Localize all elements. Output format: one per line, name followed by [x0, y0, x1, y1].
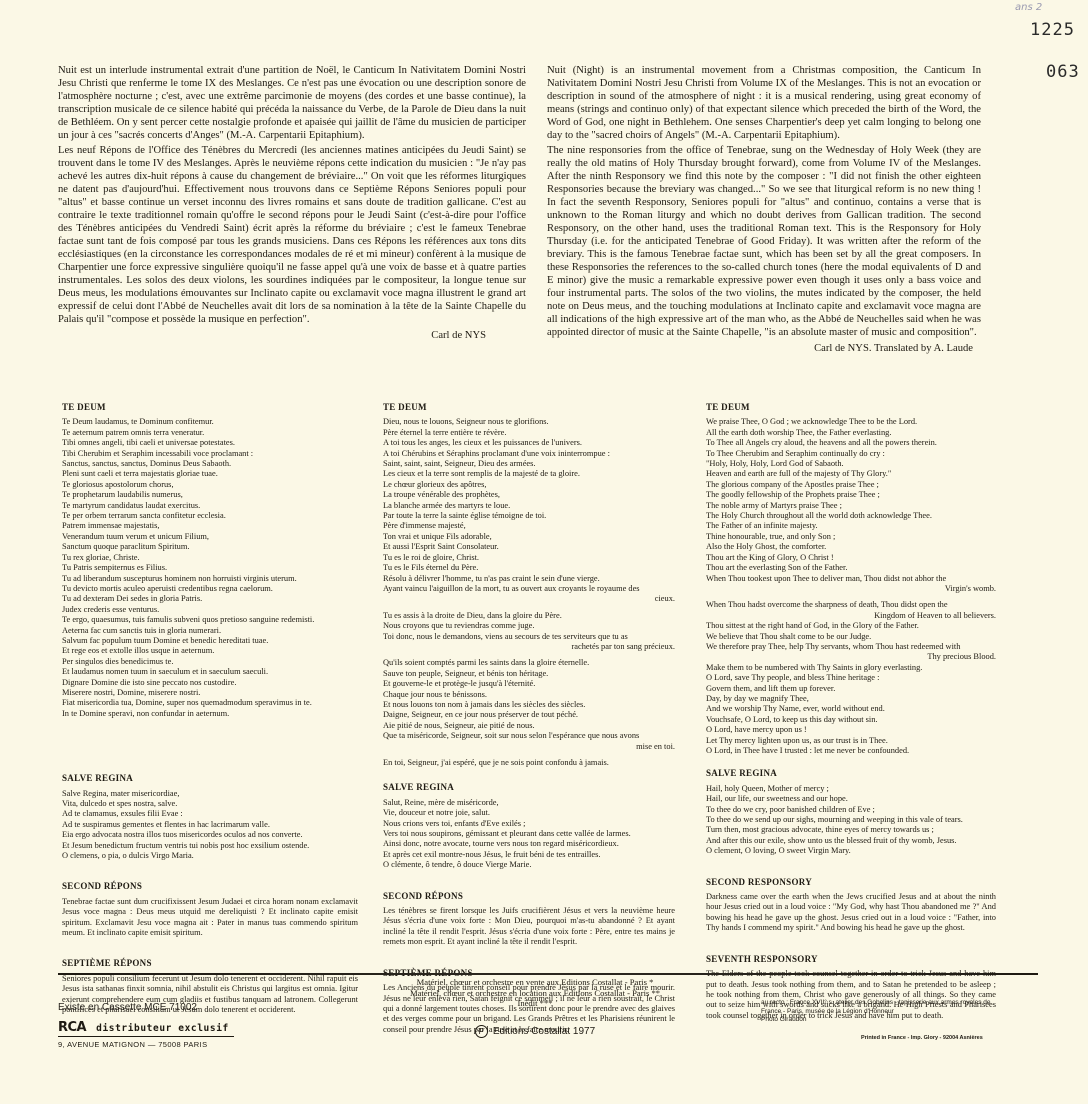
section-title: SEVENTH RESPONSORY [706, 954, 996, 964]
verse-line: Make them to be numbered with Thy Saints… [706, 663, 996, 673]
notes-signature: Carl de NYS [58, 329, 526, 342]
verse-line: Turn then, most gracious advocate, thine… [706, 825, 996, 835]
verse-line: Vouchsafe, O Lord, to keep us this day w… [706, 715, 996, 725]
verse-line: Hail, holy Queen, Mother of mercy ; [706, 784, 996, 794]
verse-line: In te Domine speravi, non confundar in a… [62, 709, 358, 719]
distributor-label: distributeur exclusif [96, 1023, 229, 1034]
verse-line: We therefore pray Thee, help Thy servant… [706, 642, 996, 652]
distributor-block: Existe en Cassette MCE 71002 RCA distrib… [58, 1002, 234, 1049]
notes-paragraph: Nuit est un interlude instrumental extra… [58, 64, 526, 142]
verse-line: To thee do we send up our sighs, mournin… [706, 815, 996, 825]
section-salve-regina: SALVE REGINA Salve Regina, mater miseric… [62, 773, 358, 861]
section-title: SECOND RÉPONS [62, 881, 358, 891]
verse-line: Fiat misericordia tua, Domine, super nos… [62, 698, 358, 708]
verse-line: Miserere nostri, Domine, miserere nostri… [62, 688, 358, 698]
verse-line: And after this our exile, show unto us t… [706, 836, 996, 846]
cassette-info: Existe en Cassette MCE 71002 [58, 1002, 234, 1013]
publisher-line: Matériel, chœur et orchestre en vente au… [350, 977, 720, 988]
verse-line: La blanche armée des martyrs te loue. [383, 501, 675, 511]
phonogram-copyright-icon: P [475, 1025, 488, 1038]
verse-line: Patrem immensae majestatis, [62, 521, 358, 531]
verse-line: Also the Holy Ghost, the comforter. [706, 542, 996, 552]
verse-line: Toi donc, nous le demandons, viens au se… [383, 632, 675, 642]
section-title: SECOND RESPONSORY [706, 877, 996, 887]
verse-line: Heaven and earth are full of the majesty… [706, 469, 996, 479]
verse-line: Pleni sunt caeli et terra majestatis glo… [62, 469, 358, 479]
verse-line: Le chœur glorieux des apôtres, [383, 480, 675, 490]
section-te-deum: TE DEUM We praise Thee, O God ; we ackno… [706, 402, 996, 756]
publisher-line: Matériel, chœur et orchestre en location… [350, 988, 720, 999]
verse-line: A toi tous les anges, les cieux et les p… [383, 438, 675, 448]
verse-line: Te per orbem terrarum sancta confitetur … [62, 511, 358, 521]
footer-divider [58, 973, 1038, 975]
section-title: SECOND RÉPONS [383, 891, 675, 901]
verse-line: The goodly fellowship of the Prophets pr… [706, 490, 996, 500]
section-second-repons: SECOND RÉPONS Les ténèbres se firent lor… [383, 891, 675, 948]
record-sleeve-back: ans 2 1225 063 Nuit est un interlude ins… [0, 0, 1088, 1104]
handwritten-catalog-sub: 063 [1046, 62, 1080, 82]
verse-line: Par toute la terre la sainte église témo… [383, 511, 675, 521]
liner-notes-english: Nuit (Night) is an instrumental movement… [547, 64, 981, 355]
verse-line: Judex crederis esse venturus. [62, 605, 358, 615]
verse-line: Te aeternum patrem omnis terra veneratur… [62, 428, 358, 438]
verse-line: Sauve ton peuple, Seigneur, et bénis ton… [383, 669, 675, 679]
verse-line: Nous croyons que tu reviendras comme jug… [383, 621, 675, 631]
verse-line: Te martyrum candidatus laudat exercitus. [62, 501, 358, 511]
section-title: SALVE REGINA [62, 773, 358, 783]
verse-line: Day, by day we magnify Thee, [706, 694, 996, 704]
section-te-deum: TE DEUM Dieu, nous te louons, Seigneur n… [383, 402, 675, 768]
phonogram-credit: Editions Costallat 1977 [493, 1026, 595, 1037]
notes-paragraph: Nuit (Night) is an instrumental movement… [547, 64, 981, 142]
printer-credit: Printed in France - Imp. Glory - 92004 A… [861, 1034, 1001, 1043]
section-title: TE DEUM [383, 402, 675, 412]
verse-line: Govern them, and lift them up forever. [706, 684, 996, 694]
verse-line: Dignare Domine die isto sine peccato nos… [62, 678, 358, 688]
verse-line: To Thee Cherubim and Seraphim continuall… [706, 449, 996, 459]
verse-line: Vita, dulcedo et spes nostra, salve. [62, 799, 358, 809]
rca-logo-icon: RCA [58, 1020, 86, 1035]
verse-line: And we worship Thy Name, ever, world wit… [706, 704, 996, 714]
verse-line: Résolu à délivrer l'homme, tu n'as pas c… [383, 574, 675, 584]
verse-line: Aeterna fac cum sanctis tuis in gloria n… [62, 626, 358, 636]
liner-notes-french: Nuit est un interlude instrumental extra… [58, 64, 526, 342]
verse-line: Et aussi l'Esprit Saint Consolateur. [383, 542, 675, 552]
verse-line: Thy precious Blood. [706, 652, 996, 662]
verse-line: Ton vrai et unique Fils adorable, [383, 532, 675, 542]
verse-line: "Holy, Holy, Holy, Lord God of Sabaoth. [706, 459, 996, 469]
verse-line: En toi, Seigneur, j'ai espéré, que je ne… [383, 758, 675, 768]
verse-line: O Lord, in Thee have I trusted : let me … [706, 746, 996, 756]
verse-line: Et après cet exil montre-nous Jésus, le … [383, 850, 675, 860]
cover-credit: au recto : France XVII° s. atelier des G… [761, 999, 1001, 1016]
credits-block: au recto : France XVII° s. atelier des G… [761, 999, 1001, 1042]
verse-line: Thine honourable, true, and only Son ; [706, 532, 996, 542]
section-salve-regina: SALVE REGINA Salut, Reine, mère de misér… [383, 782, 675, 870]
verse-lines: We praise Thee, O God ; we acknowledge T… [706, 417, 996, 756]
verse-line: Père d'immense majesté, [383, 521, 675, 531]
verse-line: Et rege eos et extolle illos usque in ae… [62, 646, 358, 656]
verse-line: Ayant vaincu l'aiguillon de la mort, tu … [383, 584, 675, 594]
verse-lines: Te Deum laudamus, te Dominum confitemur.… [62, 417, 358, 719]
verse-line: Let Thy mercy lighten upon us, as our tr… [706, 736, 996, 746]
verse-line: Tu es assis à la droite de Dieu, dans la… [383, 611, 675, 621]
verse-line: Vers toi nous soupirons, gémissant et pl… [383, 829, 675, 839]
section-salve-regina: SALVE REGINA Hail, holy Queen, Mother of… [706, 768, 996, 856]
section-te-deum: TE DEUM Te Deum laudamus, te Dominum con… [62, 402, 358, 719]
verse-line: Ad te suspiramus gementes et flentes in … [62, 820, 358, 830]
verse-line: O clémente, ô tendre, ô douce Vierge Mar… [383, 860, 675, 870]
verse-line: We praise Thee, O God ; we acknowledge T… [706, 417, 996, 427]
section-title: SEPTIÈME RÉPONS [62, 958, 358, 968]
verse-lines: Hail, holy Queen, Mother of mercy ;Hail,… [706, 784, 996, 857]
verse-line: Et Jesum benedictum fructum ventris tui … [62, 841, 358, 851]
verse-line: Thou art the King of Glory, O Christ ! [706, 553, 996, 563]
notes-paragraph: Les neuf Répons de l'Office des Ténèbres… [58, 144, 526, 326]
verse-line: mise en toi. [383, 742, 675, 752]
distributor-address: 9, AVENUE MATIGNON — 75008 PARIS [58, 1040, 234, 1049]
verse-line: O Lord, have mercy upon us ! [706, 725, 996, 735]
verse-line: Tu rex gloriae, Christe. [62, 553, 358, 563]
section-title: TE DEUM [62, 402, 358, 412]
verse-line: Tibi omnes angeli, tibi caeli et univers… [62, 438, 358, 448]
texts-english-column: TE DEUM We praise Thee, O God ; we ackno… [706, 402, 996, 1041]
verse-line: Daigne, Seigneur, en ce jour nous préser… [383, 710, 675, 720]
section-text: Tenebrae factae sunt dum crucifixissent … [62, 897, 358, 939]
verse-line: Tu ad liberandum suscepturus hominem non… [62, 574, 358, 584]
verse-line: Te prophetarum laudabilis numerus, [62, 490, 358, 500]
verse-lines: Salve Regina, mater misericordiae,Vita, … [62, 789, 358, 862]
verse-line: When Thou hadst overcome the sharpness o… [706, 600, 996, 610]
verse-line: We believe that Thou shalt come to be ou… [706, 632, 996, 642]
verse-line: cieux. [383, 594, 675, 604]
verse-line: The Holy Church throughout all the world… [706, 511, 996, 521]
verse-line: Tu ad dexteram Dei sedes in gloria Patri… [62, 594, 358, 604]
section-title: TE DEUM [706, 402, 996, 412]
verse-line: Les cieux et la terre sont remplis de la… [383, 469, 675, 479]
verse-line: A toi Chérubins et Séraphins proclamant … [383, 449, 675, 459]
verse-line: Kingdom of Heaven to all believers. [706, 611, 996, 621]
verse-line: Que ta miséricorde, Seigneur, soit sur n… [383, 731, 675, 741]
section-second-responsory: SECOND RESPONSORY Darkness came over the… [706, 877, 996, 934]
verse-line: All the earth doth worship Thee, the Fat… [706, 428, 996, 438]
phonogram-credit-row: PEditions Costallat 1977 [350, 1025, 720, 1038]
verse-line: When Thou tookest upon Thee to deliver m… [706, 574, 996, 584]
verse-line: Salve Regina, mater misericordiae, [62, 789, 358, 799]
verse-line: Hail, our life, our sweetness and our ho… [706, 794, 996, 804]
verse-lines: Dieu, nous te louons, Seigneur nous te g… [383, 417, 675, 768]
verse-lines: Salut, Reine, mère de miséricorde,Vie, d… [383, 798, 675, 871]
verse-line: Et gouverne-le et protège-le jusqu'à l'é… [383, 679, 675, 689]
verse-line: rachetés par ton sang précieux. [383, 642, 675, 652]
verse-line: Te Deum laudamus, te Dominum confitemur. [62, 417, 358, 427]
verse-line: Salut, Reine, mère de miséricorde, [383, 798, 675, 808]
verse-line: Sanctum quoque paraclitum Spiritum. [62, 542, 358, 552]
notes-signature: Carl de NYS. Translated by A. Laude [547, 342, 981, 355]
verse-line: The noble army of Martyrs praise Thee ; [706, 501, 996, 511]
distributor-row: RCA distributeur exclusif [58, 1020, 234, 1037]
verse-line: Per singulos dies benedicimus te. [62, 657, 358, 667]
verse-line: Te ergo, quaesumus, tuis famulis subveni… [62, 615, 358, 625]
verse-line: Venerandum tuum verum et unicum Filium, [62, 532, 358, 542]
verse-line: To Thee all Angels cry aloud, the heaven… [706, 438, 996, 448]
photo-credit: Photo Giraudon [761, 1016, 1001, 1025]
verse-line: Tibi Cherubim et Seraphim incessabili vo… [62, 449, 358, 459]
section-text: Les ténèbres se firent lorsque les Juifs… [383, 906, 675, 948]
verse-line: Eia ergo advocata nostra illos tuos mise… [62, 830, 358, 840]
verse-line: Ad te clamamus, exsules filii Evae : [62, 809, 358, 819]
verse-line: Saint, saint, saint, Seigneur, Dieu des … [383, 459, 675, 469]
verse-line: Tu es le roi de gloire, Christ. [383, 553, 675, 563]
verse-line: Dieu, nous te louons, Seigneur nous te g… [383, 417, 675, 427]
verse-line: Père éternel la terre entière te révère. [383, 428, 675, 438]
publisher-info: Matériel, chœur et orchestre en vente au… [350, 977, 720, 1038]
section-title: SALVE REGINA [706, 768, 996, 778]
verse-line: Thou art the everlasting Son of the Fath… [706, 563, 996, 573]
verse-line: Thou sittest at the right hand of God, i… [706, 621, 996, 631]
verse-line: O clement, O loving, O sweet Virgin Mary… [706, 846, 996, 856]
verse-line: Tu Patris sempiternus es Filius. [62, 563, 358, 573]
texts-french-column: TE DEUM Dieu, nous te louons, Seigneur n… [383, 402, 675, 1055]
verse-line: Tu devicto mortis aculeo aperuisti crede… [62, 584, 358, 594]
verse-line: Salvum fac populum tuum Domine et benedi… [62, 636, 358, 646]
handwritten-scribble: ans 2 [1015, 2, 1042, 13]
verse-line: Ainsi donc, notre avocate, tourne vers n… [383, 839, 675, 849]
notes-paragraph: The nine responsories from the office of… [547, 144, 981, 339]
section-title: SALVE REGINA [383, 782, 675, 792]
verse-line: O clemens, o pia, o dulcis Virgo Maria. [62, 851, 358, 861]
verse-line: Chaque jour nous te bénissons. [383, 690, 675, 700]
verse-line: The glorious company of the Apostles pra… [706, 480, 996, 490]
publisher-line: Inédit *** [350, 998, 720, 1009]
verse-line: Vie, douceur et notre joie, salut. [383, 808, 675, 818]
verse-line: To thee do we cry, poor banished childre… [706, 805, 996, 815]
verse-line: Aie pitié de nous, Seigneur, aie pitié d… [383, 721, 675, 731]
texts-latin-column: TE DEUM Te Deum laudamus, te Dominum con… [62, 402, 358, 1036]
verse-line: Sanctus, sanctus, sanctus, Dominus Deus … [62, 459, 358, 469]
verse-line: Te gloriosus apostolorum chorus, [62, 480, 358, 490]
verse-line: Et nous louons ton nom à jamais dans les… [383, 700, 675, 710]
verse-line: Virgin's womb. [706, 584, 996, 594]
handwritten-catalog-number: 1225 [1030, 20, 1075, 40]
verse-line: O Lord, save Thy people, and bless Thine… [706, 673, 996, 683]
section-second-repons: SECOND RÉPONS Tenebrae factae sunt dum c… [62, 881, 358, 938]
verse-line: La troupe vénérable des prophètes, [383, 490, 675, 500]
verse-line: Et laudamus nomen tuum in saeculum et in… [62, 667, 358, 677]
verse-line: Nous crions vers toi, enfants d'Eve exil… [383, 819, 675, 829]
verse-line: Qu'ils soient comptés parmi les saints d… [383, 658, 675, 668]
verse-line: Tu es le Fils éternel du Père. [383, 563, 675, 573]
section-text: Darkness came over the earth when the Je… [706, 892, 996, 934]
verse-line: The Father of an infinite majesty. [706, 521, 996, 531]
